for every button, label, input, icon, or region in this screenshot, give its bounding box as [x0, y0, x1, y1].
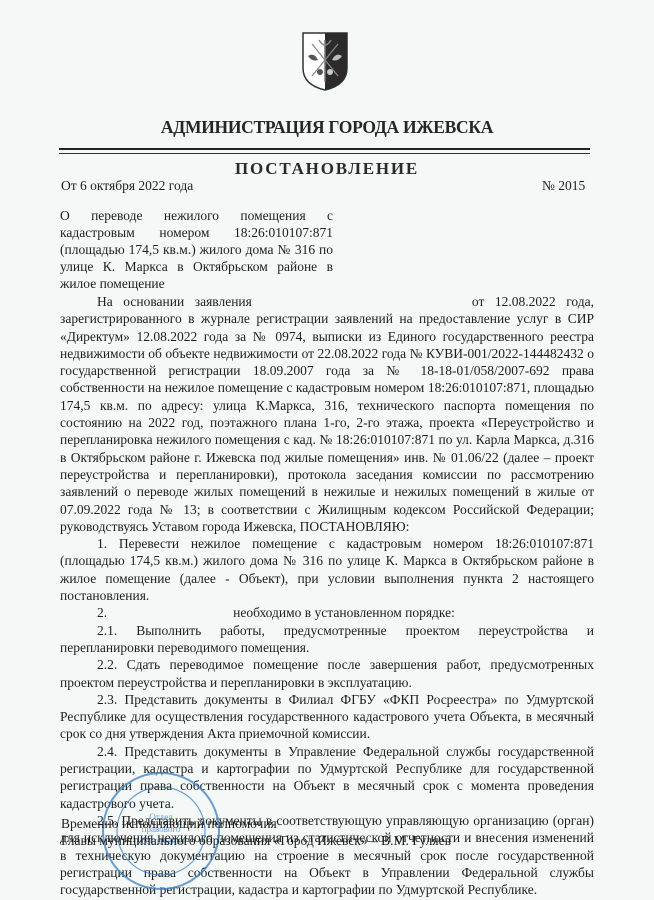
item-2: 2.необходимо в установленном порядке: [60, 604, 594, 621]
signature-block: Временно исполняющий полномочия Главы му… [61, 815, 451, 849]
preamble-start: На основании заявления [97, 294, 252, 309]
signature-title: Временно исполняющий полномочия [61, 815, 451, 832]
item-2-2: 2.2. Сдать переводимое помещение после з… [60, 656, 594, 691]
item-2-number: 2. [97, 605, 107, 620]
document-type: ПОСТАНОВЛЕНИЕ [0, 159, 654, 179]
item-1: 1. Перевести нежилое помещение с кадастр… [60, 535, 594, 604]
header-rule-thin [59, 153, 590, 154]
item-2-1: 2.1. Выполнить работы, предусмотренные п… [60, 622, 594, 657]
item-2-text: необходимо в установленном порядке: [233, 605, 455, 620]
coat-of-arms-icon [300, 30, 350, 92]
item-2-3: 2.3. Представить документы в Филиал ФГБУ… [60, 691, 594, 743]
header-rule-thick [59, 148, 590, 150]
signature-name: Главы муниципального образования «Город … [61, 832, 451, 849]
preamble: На основании заявленияот 12.08.2022 года… [60, 293, 594, 535]
document-page: АДМИНИСТРАЦИЯ ГОРОДА ИЖЕВСКА ПОСТАНОВЛЕН… [0, 0, 654, 900]
document-date: От 6 октября 2022 года [61, 178, 193, 194]
organization-name: АДМИНИСТРАЦИЯ ГОРОДА ИЖЕВСКА [0, 117, 654, 138]
preamble-rest: от 12.08.2022 года, зарегистрированного … [60, 294, 594, 534]
document-subject: О переводе нежилого помещения с кадастро… [60, 207, 333, 292]
subject-text: О переводе нежилого помещения с кадастро… [60, 207, 333, 292]
document-number: № 2015 [542, 178, 585, 194]
